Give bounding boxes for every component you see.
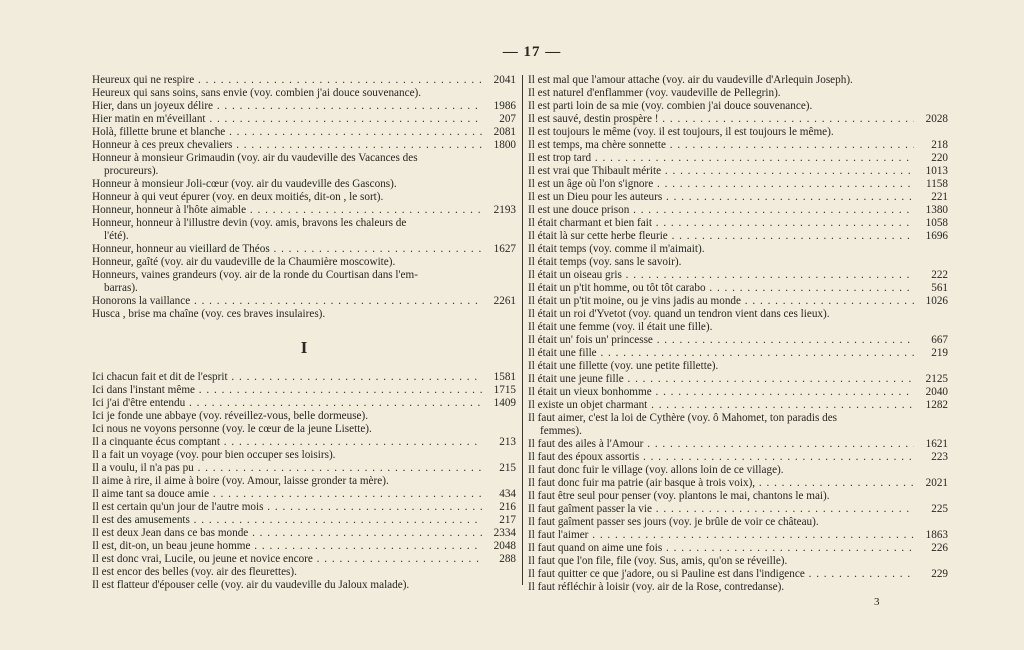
entry-title: Il aime à rire, il aime à boire (voy. Am…	[92, 475, 516, 488]
entry-title: Il faut réfléchir à loisir (voy. air de …	[528, 581, 948, 594]
index-entry: Il est un Dieu pour les auteurs221	[528, 191, 948, 204]
entry-number: 2040	[914, 386, 948, 399]
entry-number: 2334	[482, 527, 516, 540]
entry-title: Honneur, honneur à l'illustre devin (voy…	[92, 217, 516, 230]
entry-number: 1800	[482, 139, 516, 152]
entry-title: Il est sauvé, destin prospère !	[528, 113, 914, 126]
index-entry: Il était une fille219	[528, 347, 948, 360]
entry-title: Honneur, gaîté (voy. air du vaudeville d…	[92, 256, 516, 269]
entries-i-list: Ici chacun fait et dit de l'esprit1581Ic…	[92, 371, 516, 592]
index-entry: Holà, fillette brune et blanche2081	[92, 126, 516, 139]
column-divider	[522, 75, 523, 585]
entry-number: 2261	[482, 295, 516, 308]
index-entry: Il est donc vrai, Lucile, ou jeune et no…	[92, 553, 516, 566]
entry-number: 1696	[914, 230, 948, 243]
index-entry: Il était temps (voy. comme il m'aimait).	[528, 243, 948, 256]
entry-number: 215	[482, 462, 516, 475]
entry-number: 220	[914, 152, 948, 165]
entry-number: 1627	[482, 243, 516, 256]
entry-title: Il était un roi d'Yvetot (voy. quand un …	[528, 308, 948, 321]
index-entry: Honneur, gaîté (voy. air du vaudeville d…	[92, 256, 516, 269]
index-entry: Il était un oiseau gris222	[528, 269, 948, 282]
index-entry: Il faut quitter ce que j'adore, ou si Pa…	[528, 568, 948, 581]
index-entry: Heureux qui sans soins, sans envie (voy.…	[92, 87, 516, 100]
index-entry: Husca , brise ma chaîne (voy. ces braves…	[92, 308, 516, 321]
index-entry: Ici nous ne voyons personne (voy. le cœu…	[92, 423, 516, 436]
index-entry: Il était là sur cette herbe fleurie1696	[528, 230, 948, 243]
entry-title: Il faut des ailes à l'Amour	[528, 438, 914, 451]
index-entry: Honneurs, vaines grandeurs (voy. air de …	[92, 269, 516, 295]
index-entry: Heureux qui ne respire2041	[92, 74, 516, 87]
index-entry: Il est sauvé, destin prospère !2028	[528, 113, 948, 126]
entry-number: 1026	[914, 295, 948, 308]
entry-title: Honneur, honneur à l'hôte aimable	[92, 204, 482, 217]
entry-title: Il était un' fois un' princesse	[528, 334, 914, 347]
index-entry: Hier, dans un joyeux délire1986	[92, 100, 516, 113]
entry-title: Il est, dit-on, un beau jeune homme	[92, 540, 482, 553]
entry-title: Il faut quitter ce que j'adore, ou si Pa…	[528, 568, 914, 581]
entry-title: Hier matin en m'éveillant	[92, 113, 482, 126]
entry-number: 216	[482, 501, 516, 514]
entry-number: 207	[482, 113, 516, 126]
entry-number: 2048	[482, 540, 516, 553]
index-entry: Il faut des ailes à l'Amour1621	[528, 438, 948, 451]
index-entry: Il était un p'tit moine, ou je vins jadi…	[528, 295, 948, 308]
right-column: Il est mal que l'amour attache (voy. air…	[528, 74, 948, 594]
entry-title: Ici chacun fait et dit de l'esprit	[92, 371, 482, 384]
page-number-header: — 17 —	[0, 44, 1024, 61]
entry-number: 1621	[914, 438, 948, 451]
index-entry: Il faut être seul pour penser (voy. plan…	[528, 490, 948, 503]
index-entry: Honneur à qui veut épurer (voy. en deux …	[92, 191, 516, 204]
index-entry: Il est mal que l'amour attache (voy. air…	[528, 74, 948, 87]
entry-title: Il est des amusements	[92, 514, 482, 527]
entry-title: Husca , brise ma chaîne (voy. ces braves…	[92, 308, 516, 321]
entry-title: Il est flatteur d'épouser celle (voy. ai…	[92, 579, 516, 592]
entry-number: 1715	[482, 384, 516, 397]
index-entry: Il est deux Jean dans ce bas monde2334	[92, 527, 516, 540]
entry-title: Il était un oiseau gris	[528, 269, 914, 282]
index-entry: Il a voulu, il n'a pas pu215	[92, 462, 516, 475]
index-entry: Il est une douce prison1380	[528, 204, 948, 217]
entry-title: Il était un vieux bonhomme	[528, 386, 914, 399]
entry-title: Il faut gaîment passer ses jours (voy. j…	[528, 516, 948, 529]
signature-mark: 3	[874, 596, 880, 608]
entry-number: 288	[482, 553, 516, 566]
entry-title: Ici je fonde une abbaye (voy. réveillez-…	[92, 410, 516, 423]
index-entry: Il était un roi d'Yvetot (voy. quand un …	[528, 308, 948, 321]
entry-title: Il est encor des belles (voy. air des fl…	[92, 566, 516, 579]
entry-number: 1986	[482, 100, 516, 113]
section-letter-i: I	[92, 341, 516, 354]
index-entry: Ici chacun fait et dit de l'esprit1581	[92, 371, 516, 384]
index-entry: Il aime tant sa douce amie434	[92, 488, 516, 501]
index-entry: Il était temps (voy. sans le savoir).	[528, 256, 948, 269]
entry-number: 1058	[914, 217, 948, 230]
index-entry: Il est naturel d'enflammer (voy. vaudevi…	[528, 87, 948, 100]
index-entry: Il faut que l'on file, file (voy. Sus, a…	[528, 555, 948, 568]
entry-title: Il faut gaîment passer la vie	[528, 503, 914, 516]
index-entry: Il faut gaîment passer ses jours (voy. j…	[528, 516, 948, 529]
entry-number: 2028	[914, 113, 948, 126]
index-entry: Il était un p'tit homme, ou tôt tôt cara…	[528, 282, 948, 295]
index-entry: Il est, dit-on, un beau jeune homme2048	[92, 540, 516, 553]
entry-title: Il était une fille	[528, 347, 914, 360]
entry-title: Il est un Dieu pour les auteurs	[528, 191, 914, 204]
index-entry: Il aime à rire, il aime à boire (voy. Am…	[92, 475, 516, 488]
index-entry: Honorons la vaillance2261	[92, 295, 516, 308]
entry-number: 223	[914, 451, 948, 464]
entry-title: Il est toujours le même (voy. il est tou…	[528, 126, 948, 139]
entry-title: Il était un p'tit homme, ou tôt tôt cara…	[528, 282, 914, 295]
entry-title: Il faut quand on aime une fois	[528, 542, 914, 555]
index-entry: Il faut donc fuir ma patrie (air basque …	[528, 477, 948, 490]
entry-title: Il a fait un voyage (voy. pour bien occu…	[92, 449, 516, 462]
index-entry: Il était un' fois un' princesse667	[528, 334, 948, 347]
entry-title: Honorons la vaillance	[92, 295, 482, 308]
entry-number: 1581	[482, 371, 516, 384]
index-entry: Honneur à monsieur Grimaudin (voy. air d…	[92, 152, 516, 178]
entry-title: Il existe un objet charmant	[528, 399, 914, 412]
entry-title: Ici nous ne voyons personne (voy. le cœu…	[92, 423, 516, 436]
entry-number: 1013	[914, 165, 948, 178]
entry-title: Il est trop tard	[528, 152, 914, 165]
entry-title: Il était temps (voy. sans le savoir).	[528, 256, 948, 269]
entry-title: Il faut donc fuir ma patrie (air basque …	[528, 477, 914, 490]
entry-title: Il est une douce prison	[528, 204, 914, 217]
entry-title: Il était une fillette (voy. une petite f…	[528, 360, 948, 373]
entry-title: Il était là sur cette herbe fleurie	[528, 230, 914, 243]
index-entry: Il est certain qu'un jour de l'autre moi…	[92, 501, 516, 514]
index-entry: Il est encor des belles (voy. air des fl…	[92, 566, 516, 579]
index-entry: Il était une jeune fille2125	[528, 373, 948, 386]
entry-number: 1158	[914, 178, 948, 191]
index-entry: Il était un vieux bonhomme2040	[528, 386, 948, 399]
entry-title: Il faut aimer, c'est la loi de Cythère (…	[528, 412, 948, 425]
entry-title: Il était une jeune fille	[528, 373, 914, 386]
index-entry: Honneur à monsieur Joli-cœur (voy. air d…	[92, 178, 516, 191]
entry-title: Honneur à monsieur Joli-cœur (voy. air d…	[92, 178, 516, 191]
entry-continuation: femmes).	[528, 425, 948, 438]
entries-h-list: Heureux qui ne respire2041Heureux qui sa…	[92, 74, 516, 321]
entry-number: 213	[482, 436, 516, 449]
entry-title: Il faut que l'on file, file (voy. Sus, a…	[528, 555, 948, 568]
entry-title: Il est donc vrai, Lucile, ou jeune et no…	[92, 553, 482, 566]
entry-title: Il était temps (voy. comme il m'aimait).	[528, 243, 948, 256]
index-entry: Il faut gaîment passer la vie225	[528, 503, 948, 516]
index-entry: Ici je fonde une abbaye (voy. réveillez-…	[92, 410, 516, 423]
entry-number: 217	[482, 514, 516, 527]
entry-title: Il était une femme (voy. il était une fi…	[528, 321, 948, 334]
entry-title: Il était charmant et bien fait	[528, 217, 914, 230]
index-entry: Il a cinquante écus comptant213	[92, 436, 516, 449]
index-entry: Il est trop tard220	[528, 152, 948, 165]
entry-title: Il faut des époux assortis	[528, 451, 914, 464]
entry-number: 226	[914, 542, 948, 555]
entry-title: Honneur à ces preux chevaliers	[92, 139, 482, 152]
entry-number: 2125	[914, 373, 948, 386]
entry-title: Holà, fillette brune et blanche	[92, 126, 482, 139]
entry-title: Il est parti loin de sa mie (voy. combie…	[528, 100, 948, 113]
entry-number: 229	[914, 568, 948, 581]
entry-number: 218	[914, 139, 948, 152]
entry-title: Il aime tant sa douce amie	[92, 488, 482, 501]
index-entry: Il est toujours le même (voy. il est tou…	[528, 126, 948, 139]
index-entry: Il est flatteur d'épouser celle (voy. ai…	[92, 579, 516, 592]
entry-number: 2041	[482, 74, 516, 87]
entry-title: Il a cinquante écus comptant	[92, 436, 482, 449]
index-entry: Il est vrai que Thibault mérite1013	[528, 165, 948, 178]
entry-title: Ici j'ai d'être entendu	[92, 397, 482, 410]
entry-number: 2021	[914, 477, 948, 490]
index-entry: Il était une fillette (voy. une petite f…	[528, 360, 948, 373]
left-column: Heureux qui ne respire2041Heureux qui sa…	[92, 74, 516, 592]
index-entry: Ici dans l'instant même1715	[92, 384, 516, 397]
entry-title: Ici dans l'instant même	[92, 384, 482, 397]
index-entry: Il était une femme (voy. il était une fi…	[528, 321, 948, 334]
entry-title: Heureux qui sans soins, sans envie (voy.…	[92, 87, 516, 100]
entry-title: Honneur à monsieur Grimaudin (voy. air d…	[92, 152, 516, 165]
entry-number: 1282	[914, 399, 948, 412]
entry-number: 221	[914, 191, 948, 204]
entry-number: 219	[914, 347, 948, 360]
index-entry: Il faut quand on aime une fois226	[528, 542, 948, 555]
entry-title: Il est deux Jean dans ce bas monde	[92, 527, 482, 540]
index-entry: Il faut aimer, c'est la loi de Cythère (…	[528, 412, 948, 438]
entry-title: Honneur, honneur au vieillard de Théos	[92, 243, 482, 256]
entry-title: Il est temps, ma chère sonnette	[528, 139, 914, 152]
index-entry: Il faut réfléchir à loisir (voy. air de …	[528, 581, 948, 594]
index-entry: Il est temps, ma chère sonnette218	[528, 139, 948, 152]
entry-continuation: l'été).	[92, 230, 516, 243]
entry-number: 1380	[914, 204, 948, 217]
entry-title: Heureux qui ne respire	[92, 74, 482, 87]
entry-number: 2193	[482, 204, 516, 217]
entry-title: Il est naturel d'enflammer (voy. vaudevi…	[528, 87, 948, 100]
entry-number: 561	[914, 282, 948, 295]
entry-title: Il est mal que l'amour attache (voy. air…	[528, 74, 948, 87]
entry-number: 225	[914, 503, 948, 516]
index-entry: Il faut donc fuir le village (voy. allon…	[528, 464, 948, 477]
entry-number: 222	[914, 269, 948, 282]
entry-title: Il a voulu, il n'a pas pu	[92, 462, 482, 475]
entry-title: Il est vrai que Thibault mérite	[528, 165, 914, 178]
entry-number: 667	[914, 334, 948, 347]
entry-title: Il faut l'aimer	[528, 529, 914, 542]
entry-continuation: barras).	[92, 282, 516, 295]
entry-number: 434	[482, 488, 516, 501]
index-entry: Honneur à ces preux chevaliers1800	[92, 139, 516, 152]
index-entry: Il faut des époux assortis223	[528, 451, 948, 464]
index-entry: Honneur, honneur à l'hôte aimable2193	[92, 204, 516, 217]
entry-number: 1863	[914, 529, 948, 542]
entry-title: Il faut donc fuir le village (voy. allon…	[528, 464, 948, 477]
index-entry: Honneur, honneur au vieillard de Théos16…	[92, 243, 516, 256]
index-entry: Hier matin en m'éveillant207	[92, 113, 516, 126]
index-entry: Il est des amusements217	[92, 514, 516, 527]
entry-title: Hier, dans un joyeux délire	[92, 100, 482, 113]
index-entry: Honneur, honneur à l'illustre devin (voy…	[92, 217, 516, 243]
index-entry: Il est parti loin de sa mie (voy. combie…	[528, 100, 948, 113]
index-entry: Il a fait un voyage (voy. pour bien occu…	[92, 449, 516, 462]
entry-number: 1409	[482, 397, 516, 410]
entry-title: Honneurs, vaines grandeurs (voy. air de …	[92, 269, 516, 282]
index-entry: Il faut l'aimer1863	[528, 529, 948, 542]
entry-title: Il était un p'tit moine, ou je vins jadi…	[528, 295, 914, 308]
entry-title: Honneur à qui veut épurer (voy. en deux …	[92, 191, 516, 204]
index-entry: Il existe un objet charmant1282	[528, 399, 948, 412]
index-entry: Ici j'ai d'être entendu1409	[92, 397, 516, 410]
entry-continuation: procureurs).	[92, 165, 516, 178]
entry-title: Il faut être seul pour penser (voy. plan…	[528, 490, 948, 503]
entry-number: 2081	[482, 126, 516, 139]
entry-title: Il est certain qu'un jour de l'autre moi…	[92, 501, 482, 514]
entries-right-list: Il est mal que l'amour attache (voy. air…	[528, 74, 948, 594]
index-entry: Il était charmant et bien fait1058	[528, 217, 948, 230]
index-entry: Il est un âge où l'on s'ignore1158	[528, 178, 948, 191]
entry-title: Il est un âge où l'on s'ignore	[528, 178, 914, 191]
